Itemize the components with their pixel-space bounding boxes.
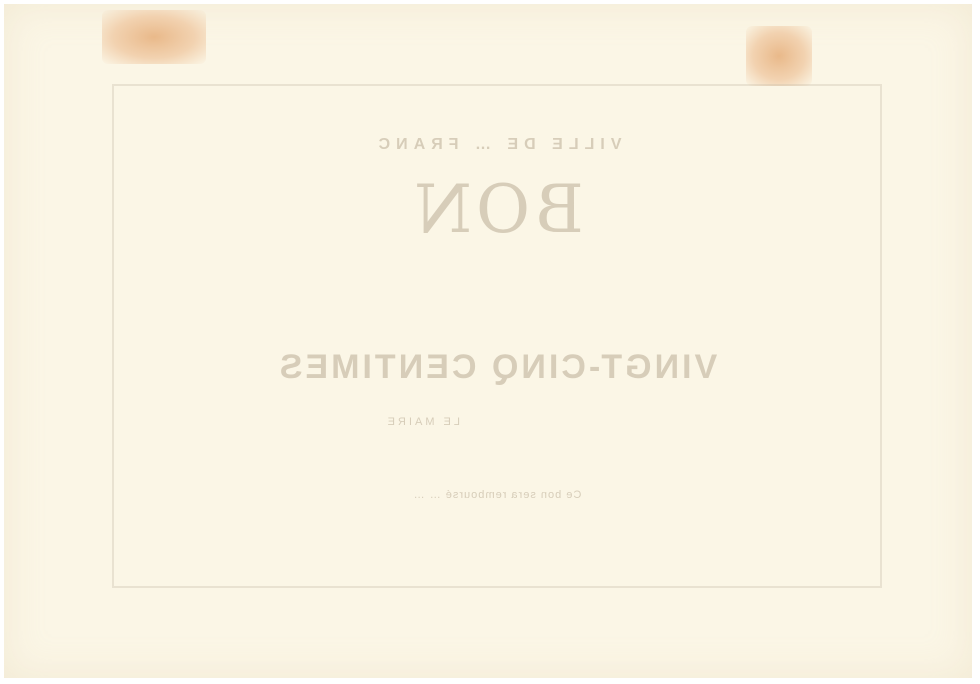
town-line: VILLE DE … FRANC <box>114 136 880 154</box>
amount-text: VINGT-CINQ CENTIMES <box>114 348 880 387</box>
printed-border: VILLE DE … FRANC BON VINGT-CINQ CENTIMES… <box>112 84 882 588</box>
showthrough-text: VILLE DE … FRANC BON VINGT-CINQ CENTIMES… <box>114 86 880 586</box>
note-title: BON <box>114 171 880 248</box>
stain-top-left <box>102 10 206 64</box>
footer-text: Ce bon sera remboursé … … <box>154 486 840 504</box>
signatory: LE MAIRE <box>385 416 460 428</box>
stain-top-right <box>746 26 812 86</box>
paper-note: VILLE DE … FRANC BON VINGT-CINQ CENTIMES… <box>4 4 972 678</box>
